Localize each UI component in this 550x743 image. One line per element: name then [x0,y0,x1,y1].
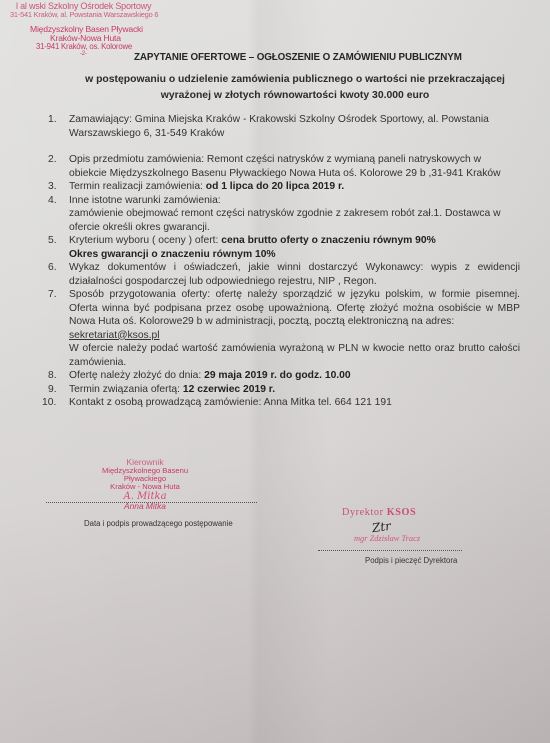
document-title: ZAPYTANIE OFERTOWE – OGŁOSZENIE O ZAMÓWI… [134,52,462,63]
handwritten-signature: Ztr [371,519,391,534]
item-number: 9. [48,383,66,397]
document-subtitle: w postępowaniu o udzielenie zamówienia p… [40,72,550,104]
item-number: 2. [48,153,66,167]
item-text-2: W ofercie należy podać wartość zamówieni… [69,342,520,369]
list-item-3: 3. Termin realizacji zamówienia: od 1 li… [48,180,520,194]
email-link[interactable]: sekretariat@ksos.pl [69,330,160,341]
stamp-line: 31-541 Kraków, al. Powstania Warszawskie… [10,11,162,19]
list-item-8: 8. Ofertę należy złożyć do dnia: 29 maja… [48,369,520,383]
signature-caption-left: Data i podpis prowadzącego postępowanie [84,519,233,528]
stamp-title: Dyrektor KSOS [342,508,492,519]
manager-stamp: Kierownik Międzyszkolnego Basenu Pływack… [85,458,205,511]
item-text: zamówienie obejmować remont części natry… [69,207,520,234]
list-item-2: 2. Opis przedmiotu zamówienia: Remont cz… [48,153,520,180]
list-item-4: 4. Inne istotne warunki zamówienia: zamó… [48,194,520,235]
institution-stamp: l al wski Szkolny Ośrodek Sportowy 31-54… [2,2,162,58]
list-item-1: 1. Zamawiający: Gmina Miejska Kraków - K… [48,113,520,140]
item-label: Termin realizacji zamówienia: [69,181,203,192]
subtitle-line: wyrażonej w złotych równowartości kwoty … [40,88,550,104]
item-number: 1. [48,113,66,127]
item-value: 29 maja 2019 r. do godz. 10.00 [204,370,351,381]
signature-line-left [46,502,257,503]
item-label: Kryterium wyboru ( oceny ) ofert: [69,235,218,246]
requirements-list: 1. Zamawiający: Gmina Miejska Kraków - K… [48,113,520,410]
signature-caption-right: Podpis i pieczęć Dyrektora [365,556,457,565]
item-text: Sposób przygotowania oferty: ofertę nale… [69,289,520,327]
item-number: 3. [48,180,66,194]
stamp-line: 31-941 Kraków, os. Kolorowe [36,43,162,51]
list-item-5: 5. Kryterium wyboru ( oceny ) ofert: cen… [48,234,520,261]
list-item-10: 10. Kontakt z osobą prowadzącą zamówieni… [42,396,520,410]
list-item-7: 7. Sposób przygotowania oferty: ofertę n… [48,288,520,369]
item-number: 6. [48,261,66,275]
stamp-title-text: Dyrektor [342,507,387,518]
item-label: Ofertę należy złożyć do dnia: [69,370,201,381]
item-number: 10. [42,396,60,410]
stamp-title: Kierownik [85,458,205,467]
director-stamp: Dyrektor KSOS Ztr mgr Zdzisław Tracz [342,508,492,543]
list-item-6: 6. Wykaz dokumentów i oświadczeń, jakie … [48,261,520,288]
item-value-2: Okres gwarancji o znaczeniu równym 10% [69,248,520,262]
stamp-name: mgr Zdzisław Tracz [354,535,492,544]
item-number: 4. [48,194,66,208]
item-value: od 1 lipca do 20 lipca 2019 r. [206,181,345,192]
item-label: Inne istotne warunki zamówienia: [69,194,520,208]
stamp-line: Międzyszkolnego Basenu Pływackiego [85,467,205,483]
subtitle-line: w postępowaniu o udzielenie zamówienia p… [40,72,550,88]
item-label: Termin związania ofertą: [69,384,180,395]
stamp-org: KSOS [387,507,417,518]
stamp-line: Kraków - Nowa Huta [85,483,205,491]
item-text: Zamawiający: Gmina Miejska Kraków - Krak… [69,114,489,139]
item-value: cena brutto oferty o znaczeniu równym 90… [221,235,436,246]
item-text: Wykaz dokumentów i oświadczeń, jakie win… [69,262,520,287]
item-value: 12 czerwiec 2019 r. [183,384,275,395]
signature-line-right [318,550,462,551]
item-number: 8. [48,369,66,383]
item-text: Opis przedmiotu zamówienia: Remont częśc… [69,154,501,179]
stamp-name: Anna Mitka [85,502,205,511]
list-item-9: 9. Termin związania ofertą: 12 czerwiec … [48,383,520,397]
item-number: 7. [48,288,66,302]
item-number: 5. [48,234,66,248]
item-text: Kontakt z osobą prowadzącą zamówienie: A… [69,397,392,408]
